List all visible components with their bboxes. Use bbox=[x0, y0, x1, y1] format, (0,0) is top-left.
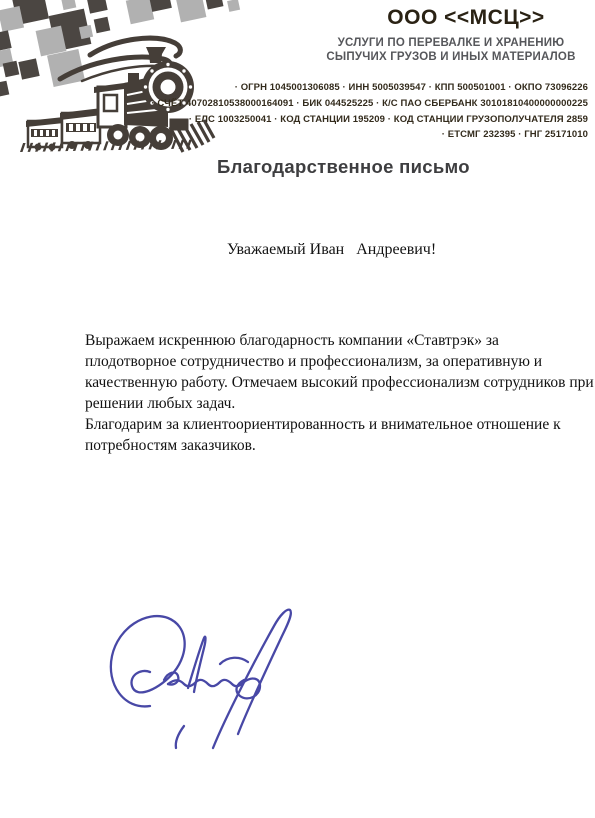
company-tagline: УСЛУГИ ПО ПЕРЕВАЛКЕ И ХРАНЕНИЮ СЫПУЧИХ Г… bbox=[322, 37, 580, 64]
requisites-line: · СЧЁТ 40702810538000164091 · БИК 044525… bbox=[128, 96, 588, 112]
body-line: качественную работу. Отмечаем высокий пр… bbox=[85, 372, 563, 393]
body-line: Благодарим за клиентоориентированность и… bbox=[85, 414, 563, 435]
letter-title: Благодарственное письмо bbox=[217, 156, 457, 178]
company-requisites: · ОГРН 1045001306085 · ИНН 5005039547 · … bbox=[128, 80, 588, 143]
body-line: плодотворное сотрудничество и профессион… bbox=[85, 351, 563, 372]
handwritten-signature-icon bbox=[88, 588, 313, 753]
body-line: Выражаем искреннюю благодарность компани… bbox=[85, 330, 563, 351]
requisites-line: · ЕТСМГ 232395 · ГНГ 25171010 bbox=[128, 127, 588, 143]
tagline-line-1: УСЛУГИ ПО ПЕРЕВАЛКЕ И ХРАНЕНИЮ bbox=[322, 37, 580, 51]
requisites-line: · ЕЛС 1003250041 · КОД СТАНЦИИ 195209 · … bbox=[128, 112, 588, 128]
requisites-line: · ОГРН 1045001306085 · ИНН 5005039547 · … bbox=[128, 80, 588, 96]
body-line: решении любых задач. bbox=[85, 393, 563, 414]
letter-greeting: Уважаемый Иван Андреевич! bbox=[227, 241, 436, 259]
company-name: ООО <<МСЦ>> bbox=[351, 6, 581, 30]
body-line: потребностям заказчиков. bbox=[85, 435, 563, 456]
tagline-line-2: СЫПУЧИХ ГРУЗОВ И ИНЫХ МАТЕРИАЛОВ bbox=[322, 51, 580, 65]
letter-body: Выражаем искреннюю благодарность компани… bbox=[85, 330, 563, 456]
